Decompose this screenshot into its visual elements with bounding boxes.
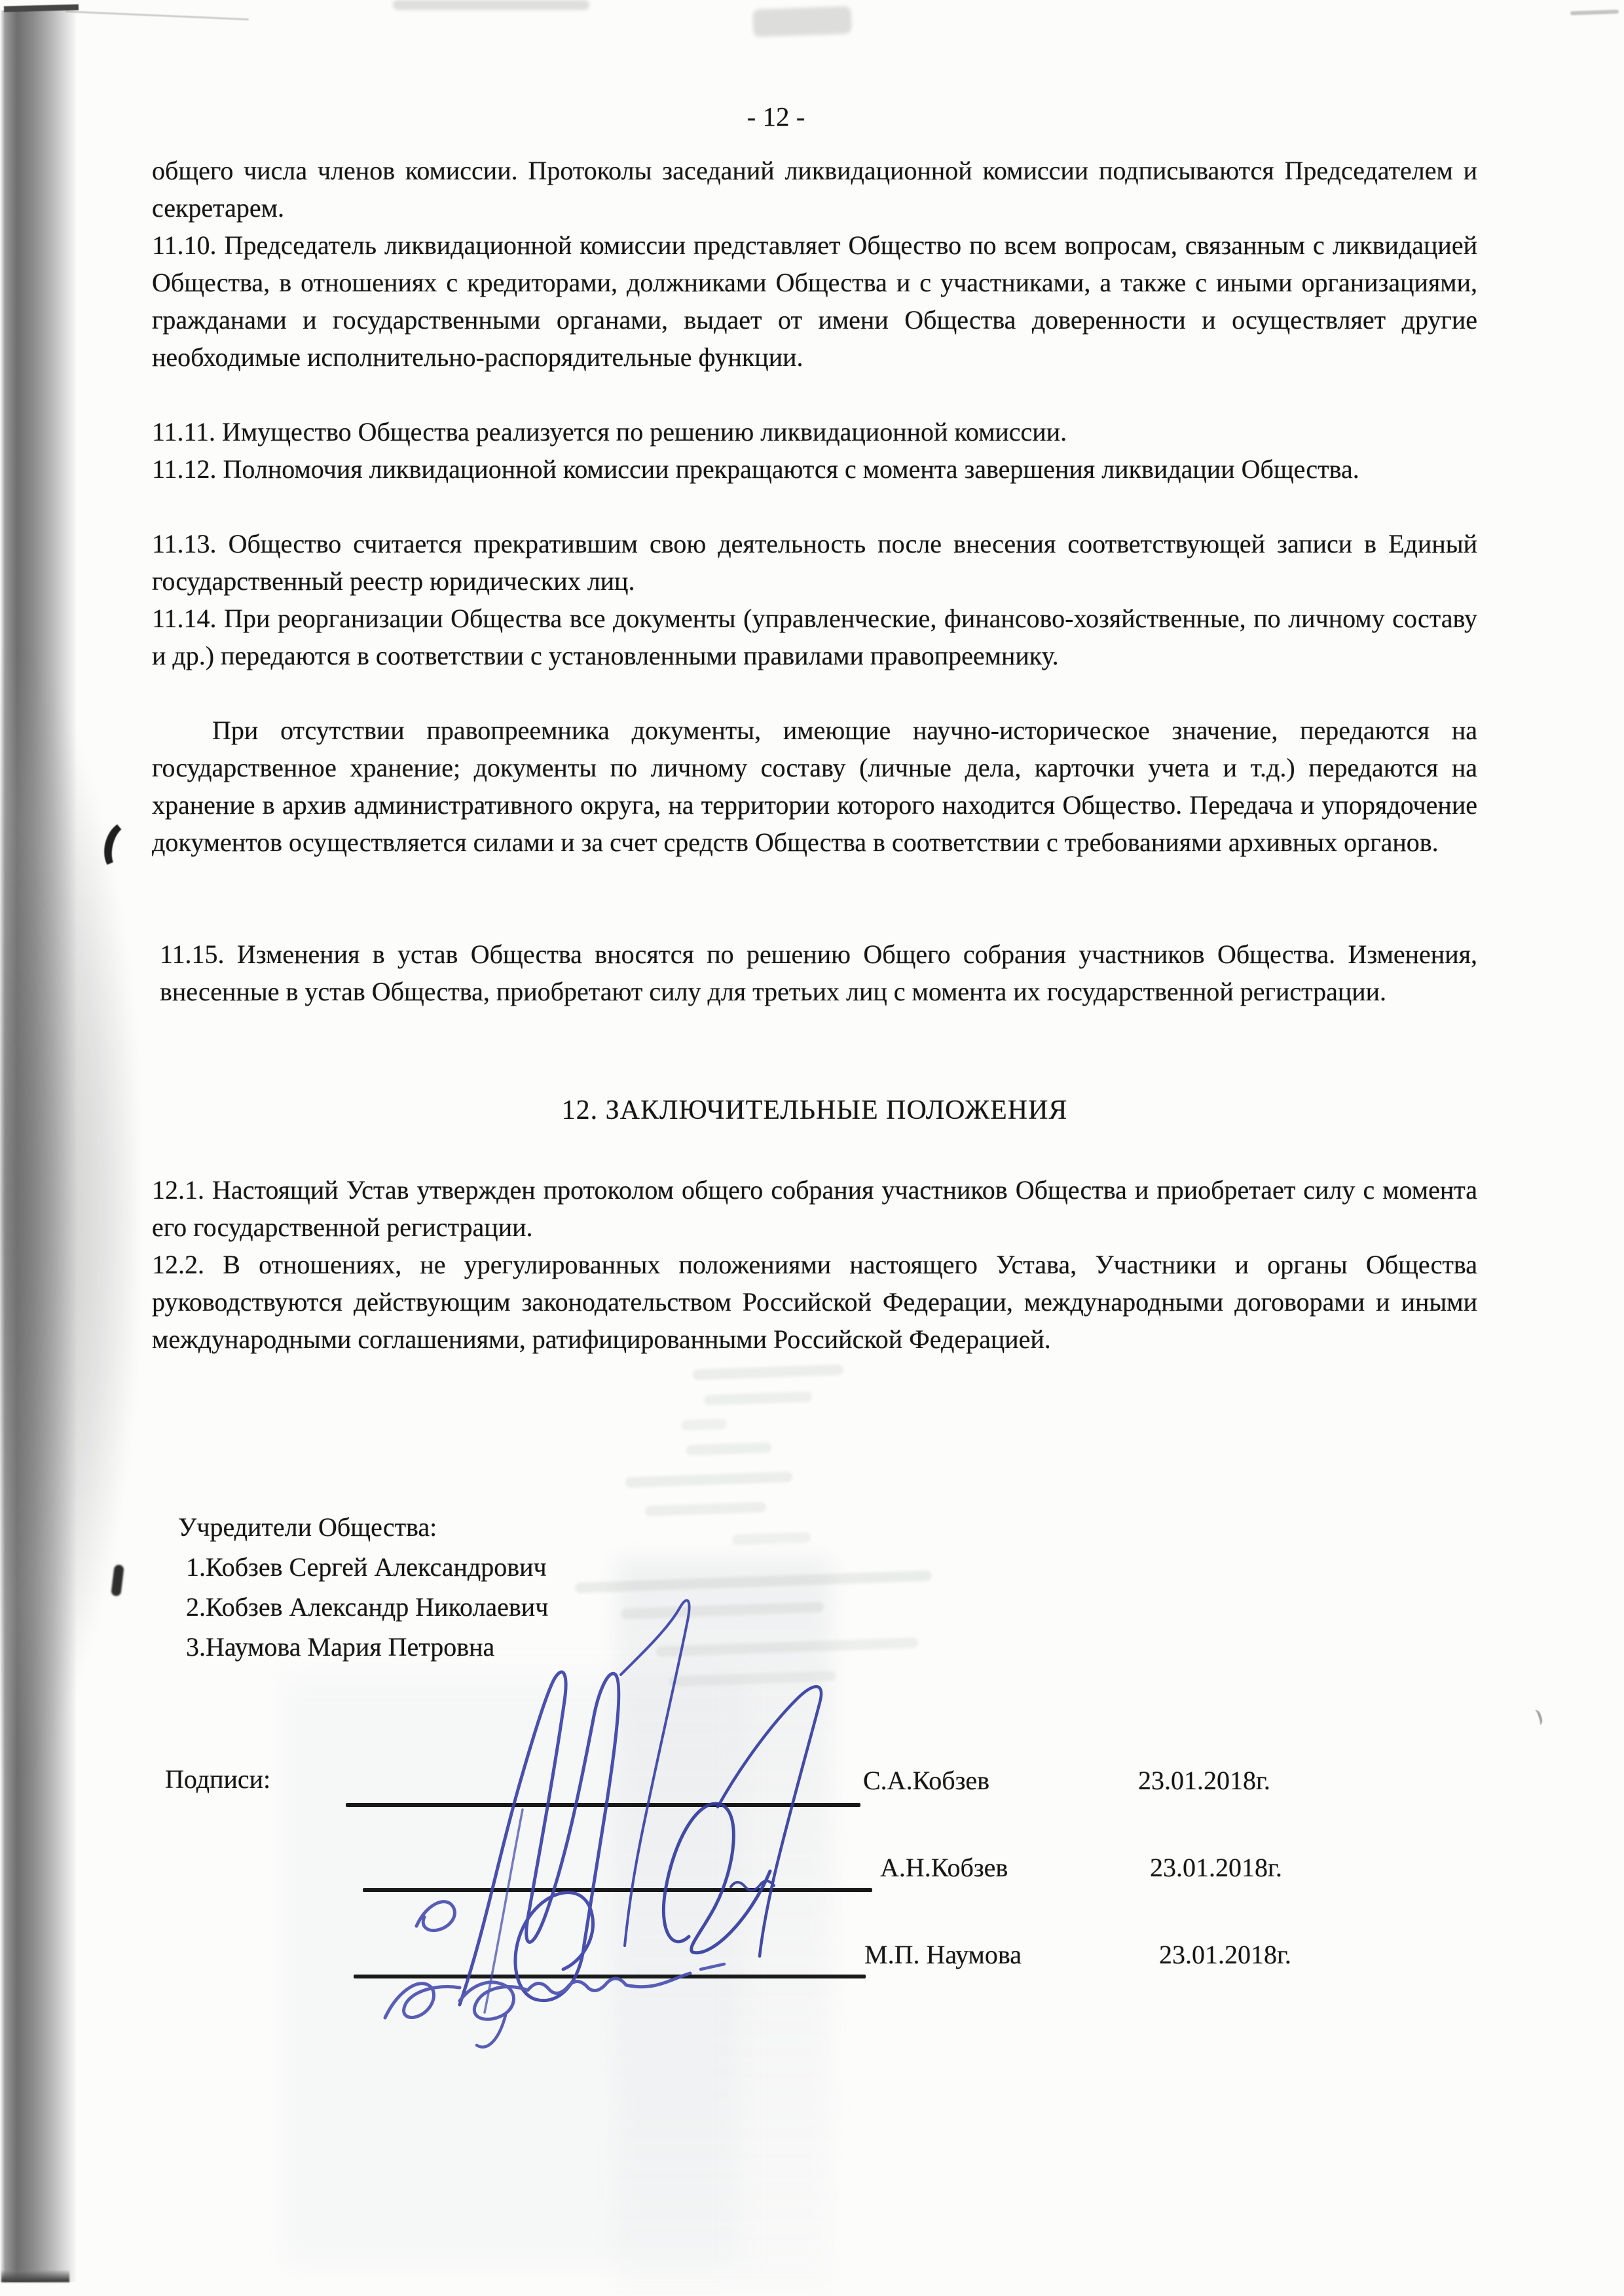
scanned-charter-page: - 12 - общего числа членов комиссии. Про…: [0, 0, 1624, 2296]
stamp-artifact: [645, 1502, 766, 1516]
signatures-label: Подписи:: [165, 1764, 270, 1795]
signatures-ink: [288, 1591, 917, 2062]
paragraph-12-2: 12.2. В отношениях, не урегулированных п…: [152, 1246, 1477, 1358]
stamp-artifact: [732, 1532, 811, 1545]
paragraph-successor: При отсутствии правопреемника документы,…: [152, 712, 1477, 861]
scan-edge-shadow: [0, 655, 138, 1768]
signature-date: 23.01.2018г.: [1150, 1852, 1282, 1883]
stamp-artifact: [693, 1364, 843, 1380]
paragraph-11-11: 11.11. Имущество Общества реализуется по…: [152, 413, 1477, 450]
signature-date: 23.01.2018г.: [1138, 1765, 1270, 1796]
paragraph-12-1: 12.1. Настоящий Устав утвержден протокол…: [152, 1171, 1477, 1246]
stamp-artifact: [704, 1391, 812, 1406]
paragraph-11-10: 11.10. Председатель ликвидационной комис…: [152, 227, 1477, 376]
scan-speck: [1529, 1709, 1544, 1727]
scan-edge-bottom: [1, 2270, 69, 2282]
scan-smudge: [1570, 10, 1619, 16]
stamp-artifact: [681, 1419, 728, 1430]
section-heading: 12. ЗАКЛЮЧИТЕЛЬНЫЕ ПОЛОЖЕНИЯ: [152, 1095, 1477, 1126]
signature-date: 23.01.2018г.: [1159, 1939, 1291, 1970]
paragraph-11-14: 11.14. При реорганизации Общества все до…: [152, 600, 1477, 674]
page-number: - 12 -: [720, 101, 832, 132]
paragraph-11-13: 11.13. Общество считается прекратившим с…: [152, 525, 1477, 600]
scan-smudge: [393, 0, 589, 10]
founders-title: Учредители Общества:: [178, 1507, 548, 1547]
paragraph-11-12: 11.12. Полномочия ликвидационной комисси…: [152, 450, 1477, 488]
stamp-artifact: [686, 1442, 771, 1456]
paragraph-continuation: общего числа членов комиссии. Протоколы …: [152, 152, 1477, 227]
scan-corner-diagonal: [65, 10, 249, 20]
founder-item: 1.Кобзев Сергей Александрович: [178, 1547, 548, 1587]
paragraph-11-15: 11.15. Изменения в устав Общества вносят…: [160, 936, 1477, 1010]
stamp-artifact: [625, 1472, 792, 1488]
scan-smudge: [752, 6, 851, 37]
